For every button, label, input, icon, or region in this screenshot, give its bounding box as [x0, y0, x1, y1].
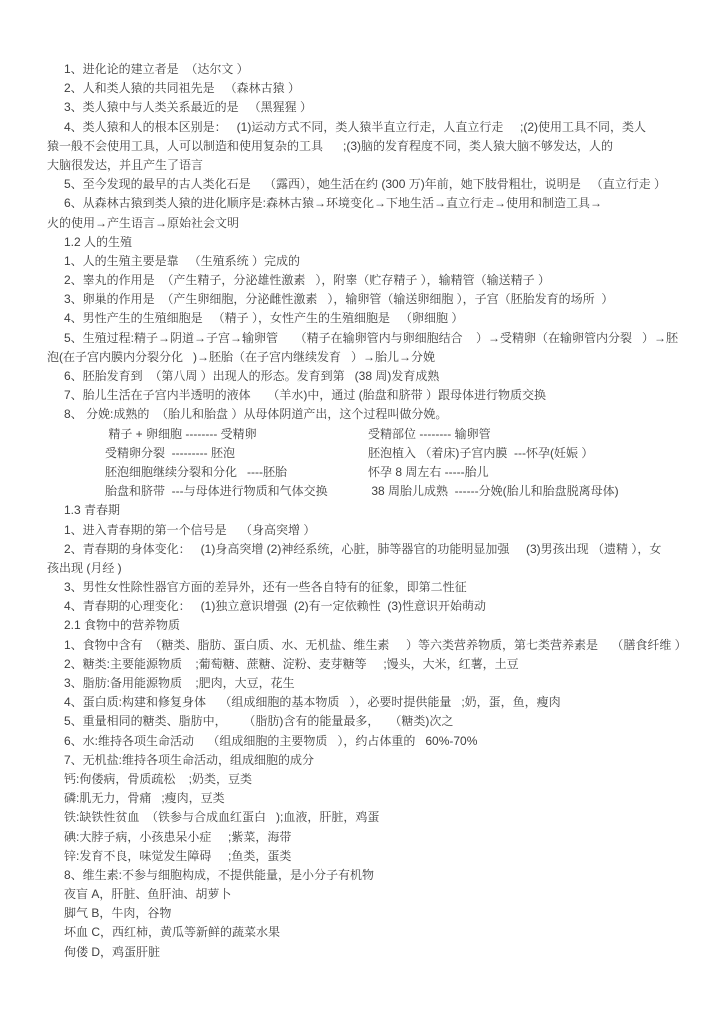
list-item: 7、无机盐:维持各项生命活动，组成细胞的成分 [0, 751, 720, 770]
list-item: 1、进入青春期的第一个信号是 （身高突增 ） [0, 521, 720, 540]
section-heading: 1.3 青春期 [0, 501, 720, 520]
vitamin-item: 夜盲 A，肝脏、鱼肝油、胡萝卜 [0, 885, 720, 904]
vitamin-item: 脚气 B，牛肉，谷物 [0, 904, 720, 923]
list-item: 2、人和类人猿的共同祖先是 （森林古猿 ） [0, 79, 720, 98]
list-item: 4、男性产生的生殖细胞是 （精子 ），女性产生的生殖细胞是 （卵细胞 ） [0, 309, 720, 328]
list-item: 7、胎儿生活在子宫内半透明的液体 （羊水)中，通过 (胎盘和脐带 ）跟母体进行物… [0, 386, 720, 405]
summary-cell-left: 胎盘和脐带 ---与母体进行物质和气体交换 [105, 482, 368, 501]
list-item: 3、卵巢的作用是 （产生卵细胞，分泌雌性激素 ），输卵管（输送卵细胞 ），子宫（… [0, 290, 720, 309]
summary-row: 精子 + 卵细胞 -------- 受精卵 受精部位 -------- 输卵管 [0, 425, 720, 444]
summary-cell-left: 胚泡细胞继续分裂和分化 ----胚胎 [105, 463, 368, 482]
summary-row: 胚泡细胞继续分裂和分化 ----胚胎 怀孕 8 周左右 -----胎儿 [0, 463, 720, 482]
mineral-item: 磷:肌无力，骨痛 ;瘦肉，豆类 [0, 789, 720, 808]
summary-row: 受精卵分裂 --------- 胚泡 胚泡植入 （着床)子宫内膜 ---怀孕(妊… [0, 444, 720, 463]
list-item: 2、青春期的身体变化： (1)身高突增 (2)神经系统，心脏，肺等器官的功能明显… [0, 540, 720, 559]
list-item-continuation: 泡(在子宫内膜内分裂分化 )→胚胎（在子宫内继续发育 ）→胎儿→分娩 [0, 348, 720, 367]
list-item: 8、 分娩:成熟的 （胎儿和胎盘 ）从母体阴道产出，这个过程叫做分娩。 [0, 405, 720, 424]
list-item: 5、至今发现的最早的古人类化石是 （露西），她生活在约 (300 万)年前，她下… [0, 175, 720, 194]
list-item-continuation: 猿一般不会使用工具，人可以制造和使用复杂的工具 ;(3)脑的发育程度不同，类人猿… [0, 137, 720, 156]
summary-cell-right: 38 周胎儿成熟 ------分娩(胎儿和胎盘脱离母体) [368, 482, 720, 501]
list-item: 4、青春期的心理变化： (1)独立意识增强 (2)有一定依赖性 (3)性意识开始… [0, 597, 720, 616]
mineral-item: 钙:佝偻病，骨质疏松 ;奶类，豆类 [0, 770, 720, 789]
list-item-continuation: 大脑很发达，并且产生了语言 [0, 156, 720, 175]
document-page: 1、进化论的建立者是 （达尔文 ） 2、人和类人猿的共同祖先是 （森林古猿 ） … [0, 0, 720, 1018]
list-item: 3、男性女性除性器官方面的差异外，还有一些各自特有的征象，即第二性征 [0, 578, 720, 597]
list-item: 4、类人猿和人的根本区别是： (1)运动方式不同，类人猿半直立行走，人直立行走 … [0, 118, 720, 137]
list-item-continuation: 火的使用→产生语言→原始社会文明 [0, 214, 720, 233]
mineral-item: 锌:发育不良，味觉发生障碍 ;鱼类，蛋类 [0, 847, 720, 866]
list-item: 1、进化论的建立者是 （达尔文 ） [0, 60, 720, 79]
section-heading: 2.1 食物中的营养物质 [0, 616, 720, 635]
list-item: 3、类人猿中与人类关系最近的是 （黑猩猩 ） [0, 98, 720, 117]
summary-cell-left: 精子 + 卵细胞 -------- 受精卵 [105, 425, 368, 444]
summary-row: 胎盘和脐带 ---与母体进行物质和气体交换 38 周胎儿成熟 ------分娩(… [0, 482, 720, 501]
summary-cell-right: 受精部位 -------- 输卵管 [368, 425, 720, 444]
list-item: 6、水:维持各项生命活动 （组成细胞的主要物质 ），约占体重的 60%-70% [0, 732, 720, 751]
list-item: 2、睾丸的作用是 （产生精子，分泌雄性激素 ），附睾（贮存精子 ），输精管（输送… [0, 271, 720, 290]
list-item: 6、从森林古猿到类人猿的进化顺序是:森林古猿→环境变化→下地生活→直立行走→使用… [0, 194, 720, 213]
summary-cell-right: 怀孕 8 周左右 -----胎儿 [368, 463, 720, 482]
list-item: 5、重量相同的糖类、脂肪中， （脂肪)含有的能量最多， （糖类)次之 [0, 712, 720, 731]
list-item: 1、食物中含有 （糖类、脂肪、蛋白质、水、无机盐、维生素 ）等六类营养物质，第七… [0, 636, 720, 655]
summary-cell-left: 受精卵分裂 --------- 胚泡 [105, 444, 368, 463]
list-item-continuation: 孩出现 (月经 ) [0, 559, 720, 578]
mineral-item: 铁:缺铁性贫血 （铁参与合成血红蛋白 );血液，肝脏，鸡蛋 [0, 808, 720, 827]
list-item: 4、蛋白质:构建和修复身体 （组成细胞的基本物质 ），必要时提供能量 ;奶，蛋，… [0, 693, 720, 712]
list-item: 6、胚胎发育到 （第八周 ）出现人的形态。发育到第 (38 周)发育成熟 [0, 367, 720, 386]
section-heading: 1.2 人的生殖 [0, 233, 720, 252]
list-item: 1、人的生殖主要是靠 （生殖系统 ）完成的 [0, 252, 720, 271]
summary-cell-right: 胚泡植入 （着床)子宫内膜 ---怀孕(妊娠 ） [368, 444, 720, 463]
list-item: 2、糖类:主要能源物质 ;葡萄糖、蔗糖、淀粉、麦芽糖等 ;馒头，大米，红薯，土豆 [0, 655, 720, 674]
mineral-item: 碘:大脖子病，小孩患呆小症 ;紫菜，海带 [0, 828, 720, 847]
list-item: 8、维生素:不参与细胞构成，不提供能量，是小分子有机物 [0, 866, 720, 885]
vitamin-item: 佝偻 D，鸡蛋肝脏 [0, 943, 720, 962]
list-item: 5、生殖过程:精子→阴道→子宫→输卵管 （精子在输卵管内与卵细胞结合 ）→受精卵… [0, 329, 720, 348]
vitamin-item: 坏血 C，西红柿，黄瓜等新鲜的蔬菜水果 [0, 923, 720, 942]
list-item: 3、脂肪:备用能源物质 ;肥肉，大豆，花生 [0, 674, 720, 693]
